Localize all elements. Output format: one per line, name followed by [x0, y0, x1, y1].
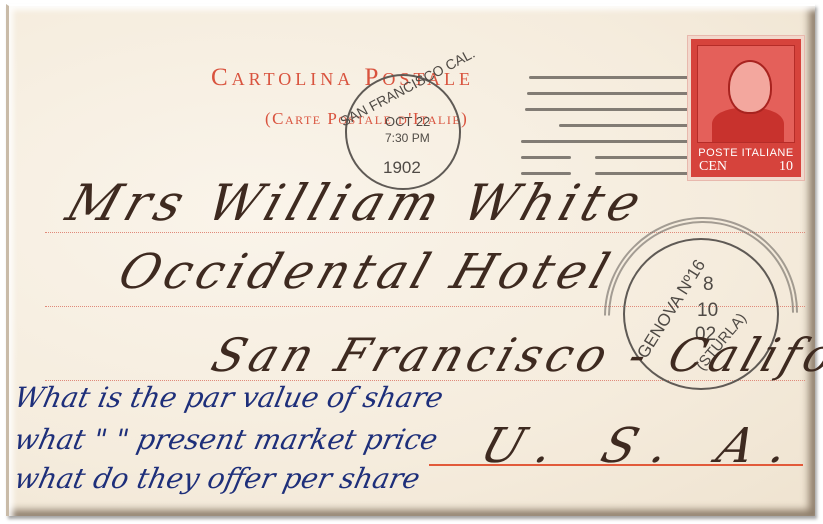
postmark-day: 8 — [703, 274, 714, 296]
postmark-date: OCT 22 — [385, 114, 430, 129]
stamp-value: CEN 10 — [695, 159, 797, 175]
address-line-hotel: Occidental Hotel — [112, 244, 621, 300]
note-line-3: what do they offer per share — [11, 462, 422, 495]
address-line-country: U. S. A. — [474, 418, 814, 474]
address-line-city: San Francisco - California — [205, 328, 823, 382]
stamp-country-label: POSTE ITALIANE — [695, 147, 797, 159]
stamp-denomination: 10 — [779, 159, 793, 175]
postage-stamp: POSTE ITALIANE CEN 10 — [688, 36, 804, 180]
stamp-portrait — [697, 45, 795, 143]
note-line-1: What is the par value of share — [11, 381, 446, 414]
postmark-san-francisco: SAN FRANCISCO CAL. OCT 22 7:30 PM 1902 — [345, 74, 461, 190]
postmark-month: 10 — [697, 300, 718, 322]
stamp-currency: CEN — [699, 159, 727, 175]
postcard: Cartolina Postale (Carte Postale d'Itali… — [6, 4, 815, 516]
note-line-2: what " " present market price — [11, 423, 440, 456]
postmark-time: 7:30 PM — [385, 131, 430, 145]
address-line-name: Mrs William White — [60, 174, 654, 232]
